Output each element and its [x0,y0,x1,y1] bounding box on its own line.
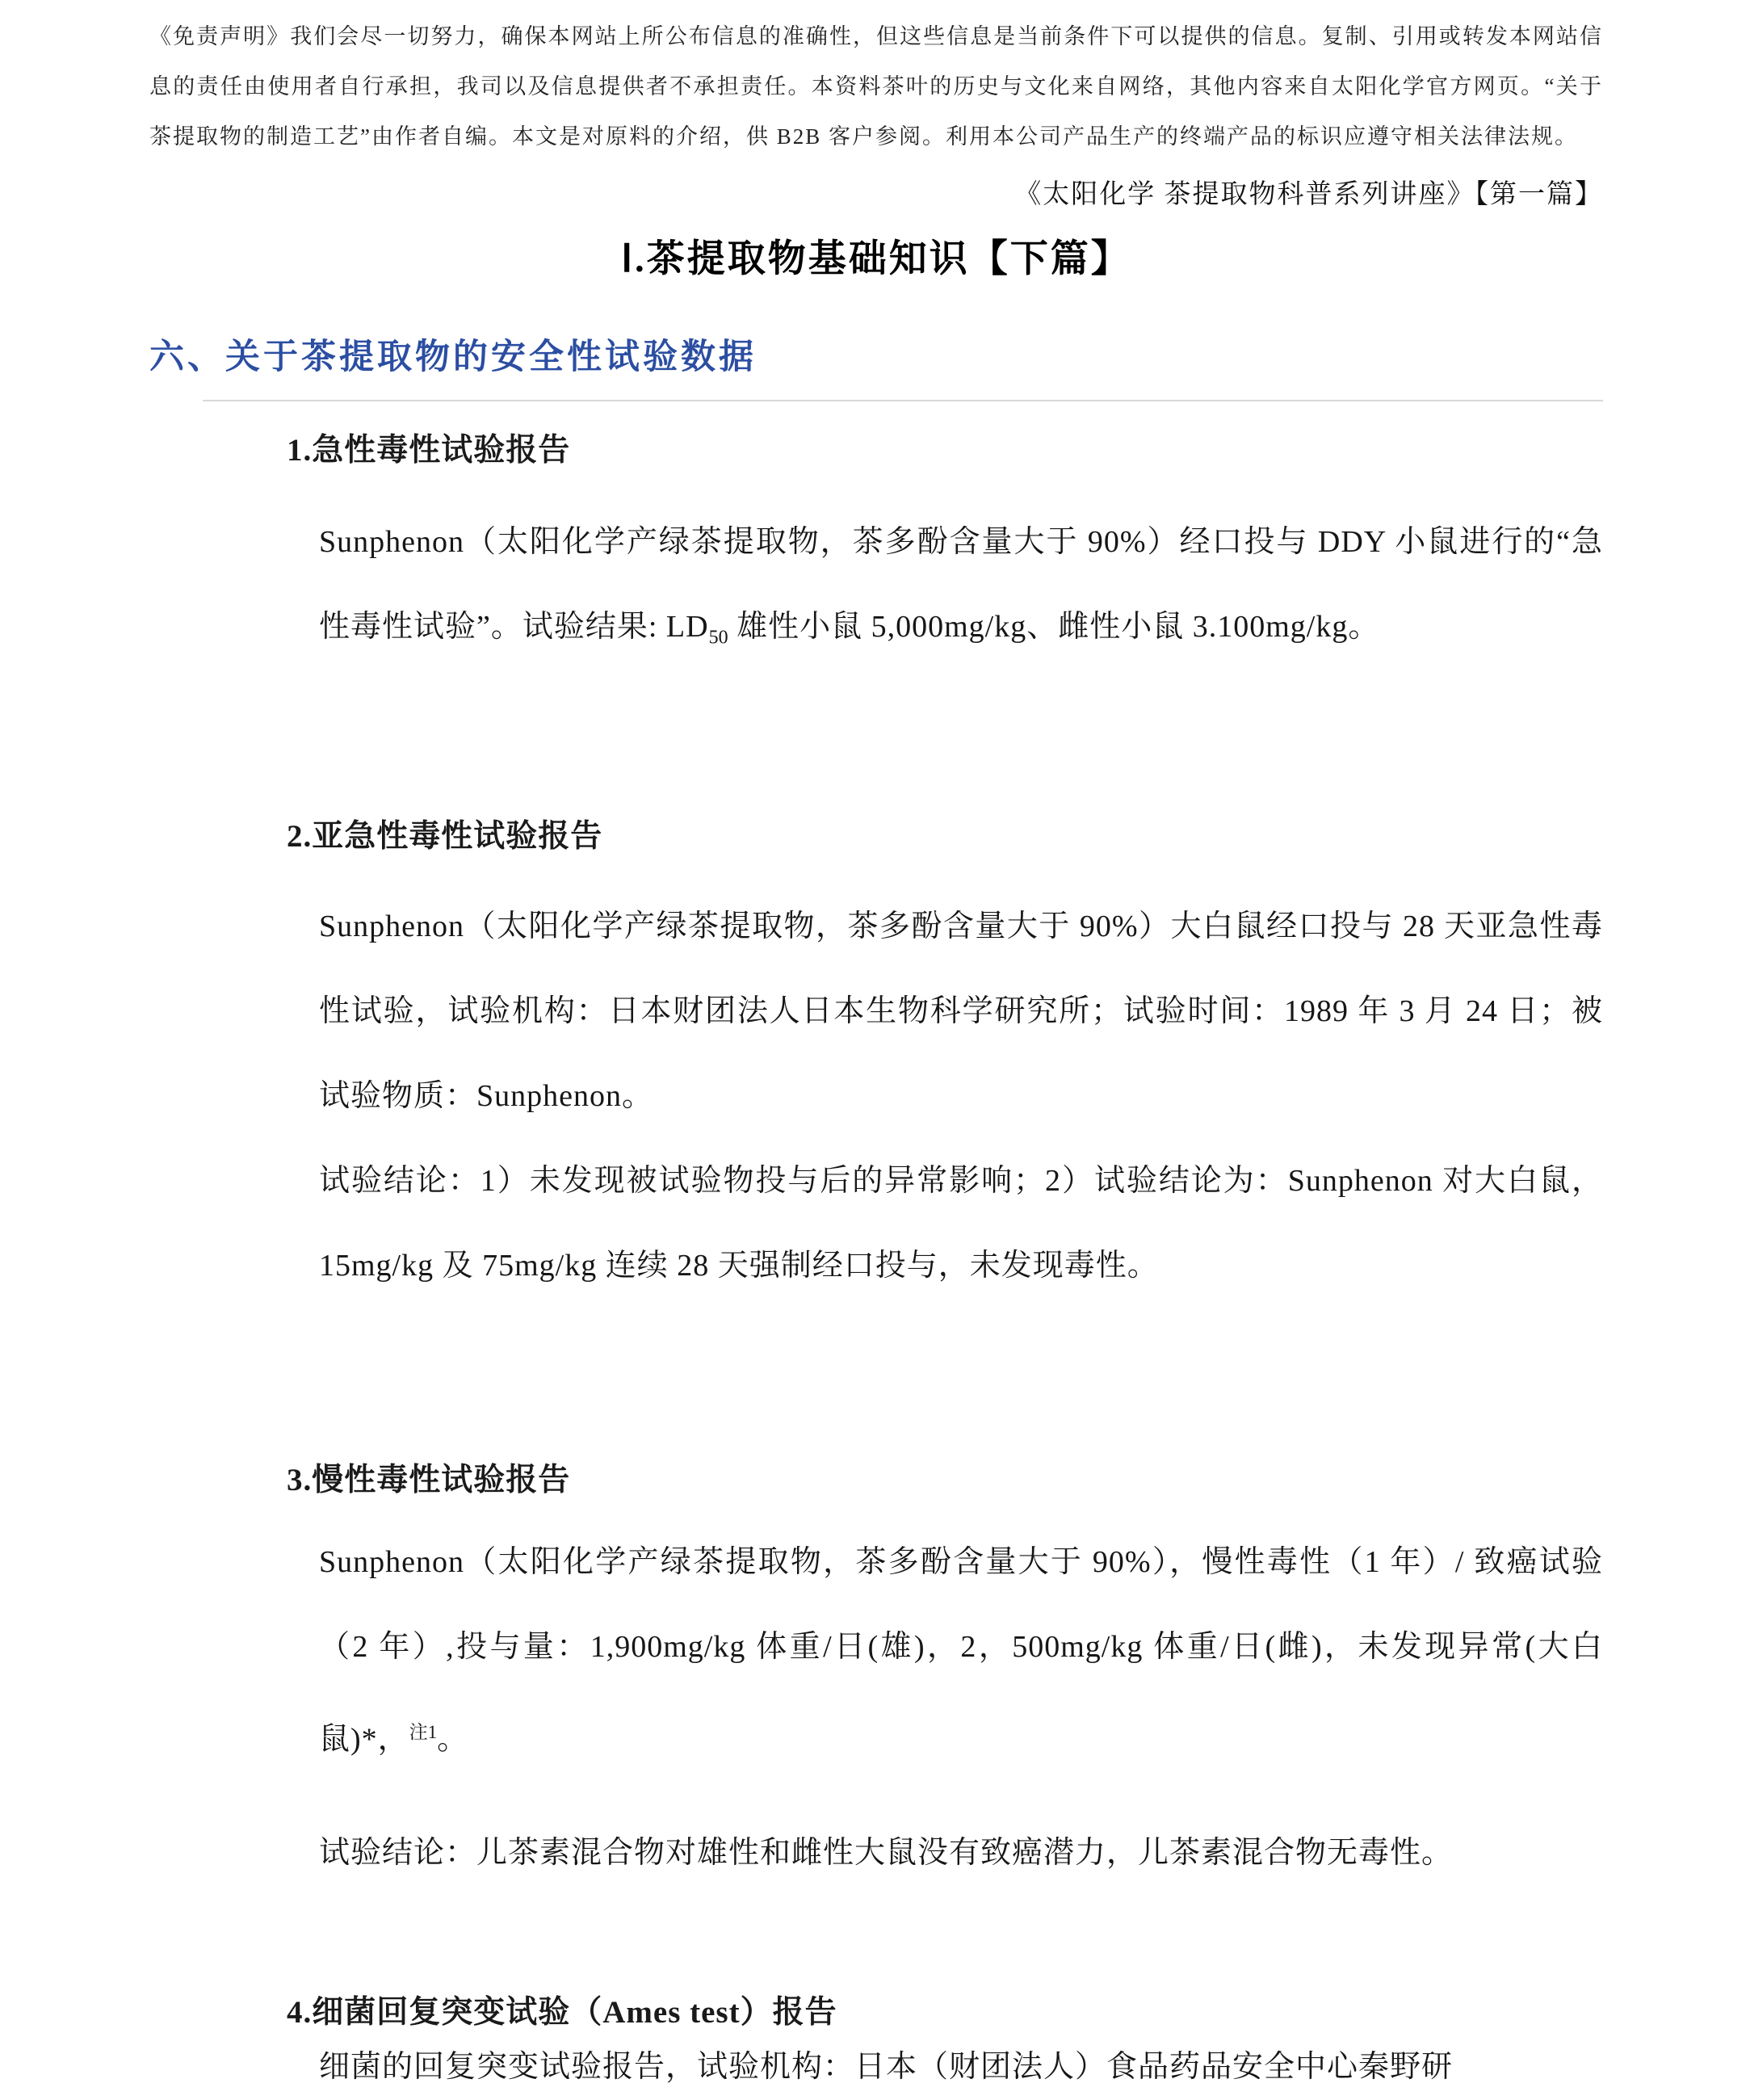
subsection-title-chronic: 3.慢性毒性试验报告 [149,1460,1603,1501]
disclaimer-text: 《免责声明》我们会尽一切努力，确保本网站上所公布信息的准确性，但这些信息是当前条… [149,11,1603,162]
subsection-subacute-toxicity: 2.亚急性毒性试验报告 Sunphenon（太阳化学产绿茶提取物，茶多酚含量大于… [149,817,1603,1308]
paragraph-subacute-1: Sunphenon（太阳化学产绿茶提取物，茶多酚含量大于 90%）大白鼠经口投与… [149,884,1603,1139]
paragraph-ames-1: 细菌的回复突变试验报告，试验机构：日本（财团法人）食品药品安全中心秦野研 [149,2038,1603,2096]
section-heading-safety-data: 六、关于茶提取物的安全性试验数据 [149,330,1603,379]
subsection-acute-toxicity: 1.急性毒性试验报告 Sunphenon（太阳化学产绿茶提取物，茶多酚含量大于 … [149,430,1603,681]
subsection-title-ames: 4.细菌回复突变试验（Ames test）报告 [149,1993,1603,2033]
paragraph-acute-text-tail: 雄性小鼠 5,000mg/kg、雌性小鼠 3.100mg/kg。 [728,610,1380,644]
paragraph-chronic-text-tail: 。 [437,1722,468,1756]
subsection-title-subacute: 2.亚急性毒性试验报告 [149,817,1603,857]
paragraph-chronic-1: Sunphenon（太阳化学产绿茶提取物，茶多酚含量大于 90%），慢性毒性（1… [149,1520,1603,1783]
document-page: 《免责声明》我们会尽一切努力，确保本网站上所公布信息的准确性，但这些信息是当前条… [0,0,1750,2100]
paragraph-subacute-conclusion: 试验结论：1）未发现被试验物投与后的异常影响；2）试验结论为：Sunphenon… [149,1139,1603,1308]
heading-divider [203,400,1603,401]
note-1-superscript: 注1 [409,1722,438,1742]
paragraph-chronic-conclusion: 试验结论：儿茶素混合物对雄性和雌性大鼠没有致癌潜力，儿茶素混合物无毒性。 [149,1811,1603,1896]
document-title: Ⅰ.茶提取物基础知识【下篇】 [149,229,1603,283]
ld50-subscript: 50 [709,628,728,649]
subsection-chronic-toxicity: 3.慢性毒性试验报告 Sunphenon（太阳化学产绿茶提取物，茶多酚含量大于 … [149,1460,1603,1896]
paragraph-acute: Sunphenon（太阳化学产绿茶提取物，茶多酚含量大于 90%）经口投与 DD… [149,500,1603,681]
subsection-title-acute: 1.急性毒性试验报告 [149,430,1603,471]
paragraph-chronic-text: Sunphenon（太阳化学产绿茶提取物，茶多酚含量大于 90%），慢性毒性（1… [319,1545,1603,1757]
series-caption: 《太阳化学 茶提取物科普系列讲座》【第一篇】 [149,173,1603,211]
subsection-ames-test: 4.细菌回复突变试验（Ames test）报告 细菌的回复突变试验报告，试验机构… [149,1993,1603,2096]
